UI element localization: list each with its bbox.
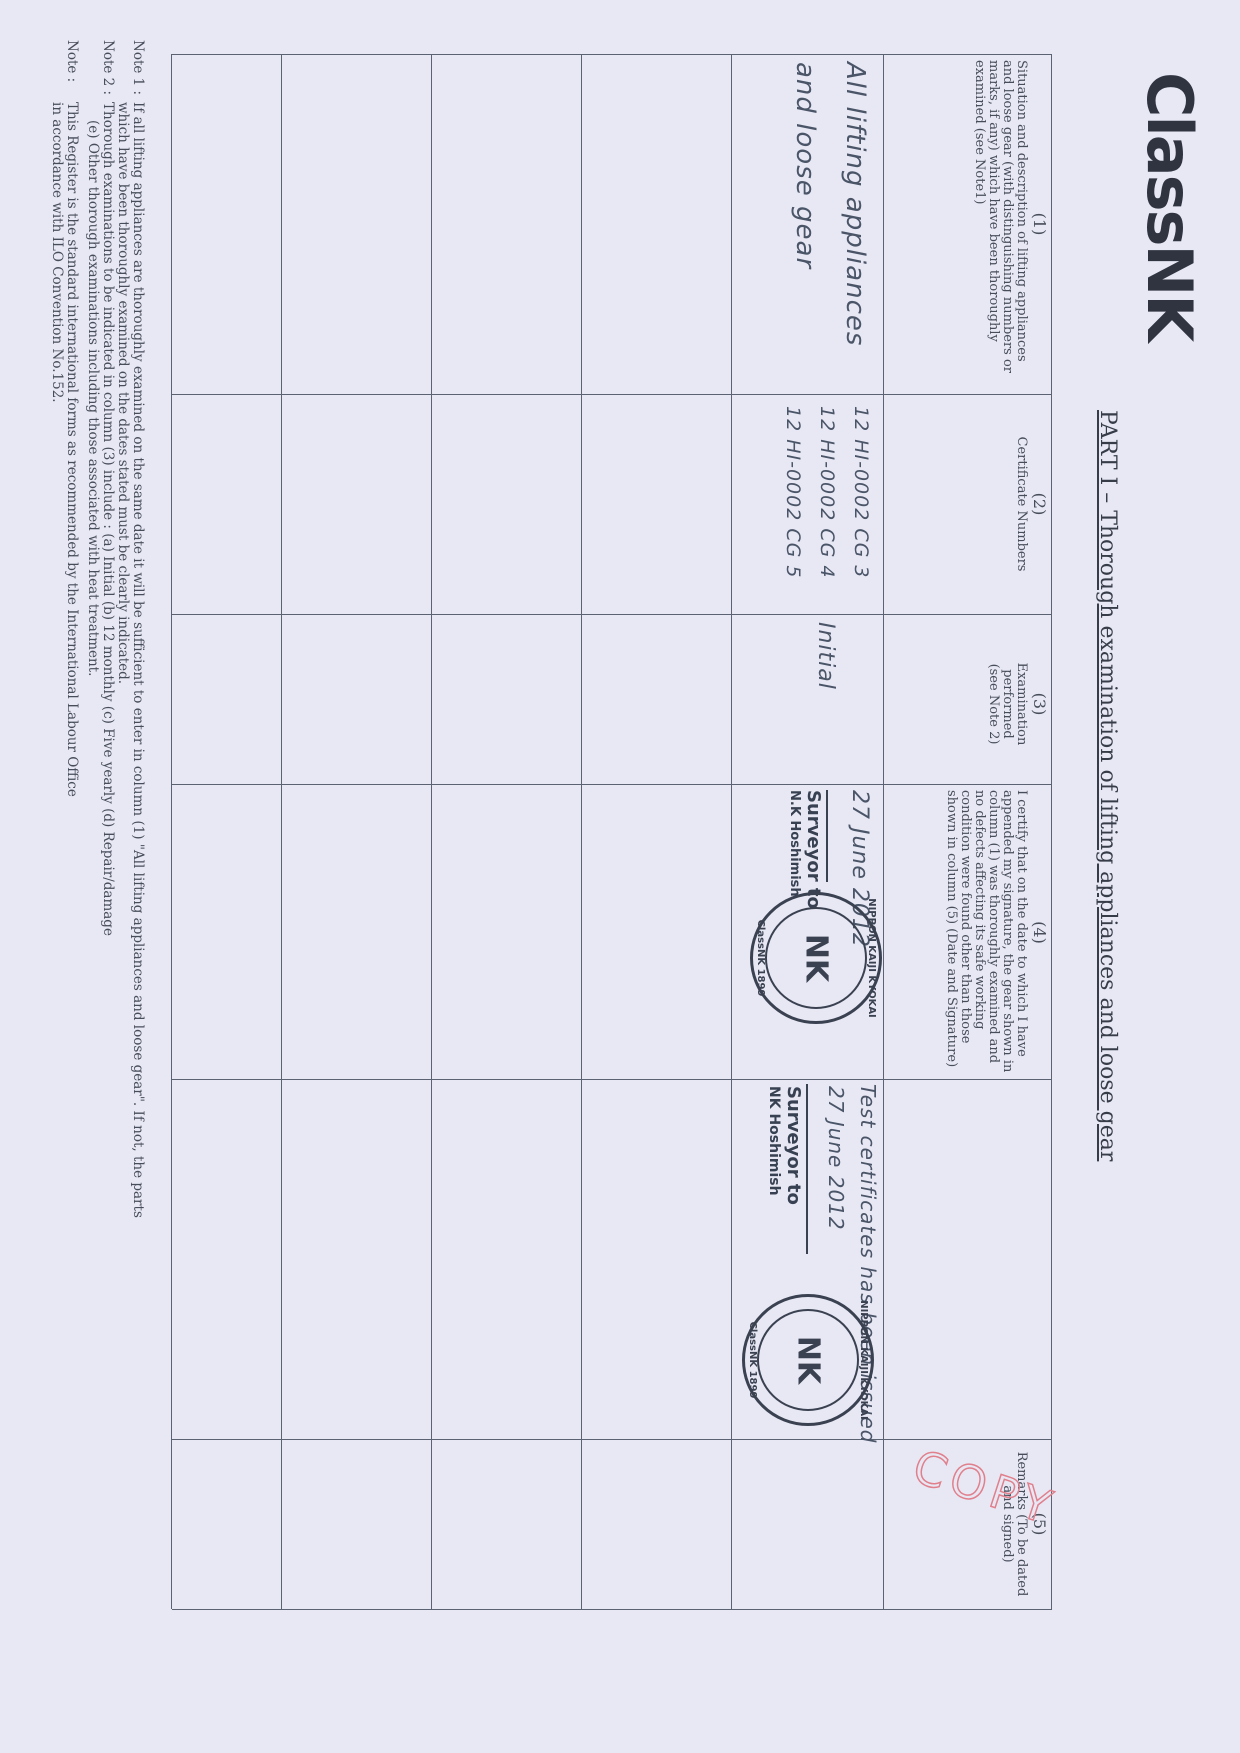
entry-description-line: All lifting appliances	[840, 62, 870, 346]
seal-top-text: NIPPON KAIJI KYOKAI	[866, 895, 877, 1021]
note-body: This Register is the standard internatio…	[49, 102, 79, 1680]
note-line: Thorough examinations to be indicated in…	[100, 102, 115, 1680]
signature-line	[806, 1084, 808, 1254]
note-2: Note 2 : Thorough examinations to be ind…	[85, 40, 115, 1680]
examination-type: Initial	[813, 622, 838, 690]
note-body: If all lifting appliances are thoroughly…	[115, 102, 145, 1680]
landscape-form-page: ClassNK PART I – Thorough examination of…	[0, 0, 1240, 1753]
col-border	[172, 394, 1052, 395]
signature-line	[826, 790, 828, 882]
note-line: If all lifting appliances are thoroughly…	[130, 102, 145, 1680]
note-label: Note 1 :	[115, 40, 145, 102]
column-heading: Certificate Numbers	[1014, 437, 1029, 572]
classnk-seal: NIPPON KAIJI KYOKAI NK ClassNK 1899	[750, 892, 882, 1024]
row-divider	[281, 54, 282, 1609]
column-number: (1)	[1032, 60, 1046, 388]
note-3: Note : This Register is the standard int…	[49, 40, 79, 1680]
certificate-number: 12 HI-0002 CG 5	[782, 406, 804, 578]
column-heading: I certify that on the date to which I ha…	[944, 790, 1029, 1072]
note-label: Note 2 :	[85, 40, 115, 102]
entry-description-line: and loose gear	[790, 62, 820, 269]
note-1: Note 1 : If all lifting appliances are t…	[115, 40, 145, 1680]
certificate-number: 12 HI-0002 CG 4	[816, 406, 838, 578]
column-header-1: (1) Situation and description of lifting…	[972, 60, 1052, 388]
notes-section: Note 1 : If all lifting appliances are t…	[49, 40, 145, 1680]
col-border	[172, 1079, 1052, 1080]
seal-center: NK	[799, 895, 834, 1021]
seal-bottom-text: ClassNK 1899	[755, 895, 766, 1021]
seal-top-text: NIPPON KAIJI KYOKAI	[858, 1297, 869, 1423]
note-label: Note :	[49, 40, 79, 102]
column-number: (4)	[1032, 790, 1046, 1075]
column-header-2: (2) Certificate Numbers	[1014, 400, 1052, 608]
note-line: This Register is the standard internatio…	[64, 102, 79, 1680]
note-line: (e) Other thorough examinations includin…	[85, 102, 100, 1680]
column-number: (2)	[1032, 400, 1046, 608]
column-heading: Examination performed (see Note 2)	[986, 663, 1029, 746]
header-divider	[883, 54, 884, 1609]
seal-bottom-text: ClassNK 1899	[747, 1297, 758, 1423]
classnk-seal: NIPPON KAIJI KYOKAI NK ClassNK 1899	[742, 1294, 874, 1426]
note-body: Thorough examinations to be indicated in…	[85, 102, 115, 1680]
col-border	[172, 784, 1052, 785]
col-border	[172, 1609, 1052, 1610]
table-bottom-border	[171, 54, 172, 1609]
col-border	[172, 1439, 1052, 1440]
classnk-logo: ClassNK	[1133, 72, 1206, 340]
surveyor-stamp: NK Hoshimish	[766, 1086, 782, 1196]
row-divider	[431, 54, 432, 1609]
certificate-number: 12 HI-0002 CG 3	[850, 406, 872, 578]
note-line: in accordance with ILO Convention No.152…	[49, 102, 64, 1680]
seal-center: NK	[791, 1297, 826, 1423]
examination-table: (1) Situation and description of lifting…	[172, 54, 1052, 1609]
surveyor-stamp: Surveyor to	[783, 1086, 804, 1205]
col-border	[172, 54, 1052, 55]
remarks-date: 27 June 2012	[824, 1086, 848, 1231]
col-border	[172, 614, 1052, 615]
form-title: PART I – Thorough examination of lifting…	[1095, 410, 1120, 1161]
column-heading: Situation and description of lifting app…	[972, 60, 1029, 373]
row-divider	[581, 54, 582, 1609]
column-header-4: (4) I certify that on the date to which …	[944, 790, 1052, 1075]
surveyor-stamp: Surveyor to	[803, 790, 824, 909]
scanned-page-background: ClassNK PART I – Thorough examination of…	[0, 0, 1240, 1753]
column-number: (3)	[1032, 654, 1046, 754]
row-divider	[731, 54, 732, 1609]
surveyor-stamp: N.K Hoshimish	[787, 790, 802, 897]
note-line: which have been thoroughly examined on t…	[115, 102, 130, 1680]
column-header-3: (3) Examination performed (see Note 2)	[986, 654, 1052, 754]
